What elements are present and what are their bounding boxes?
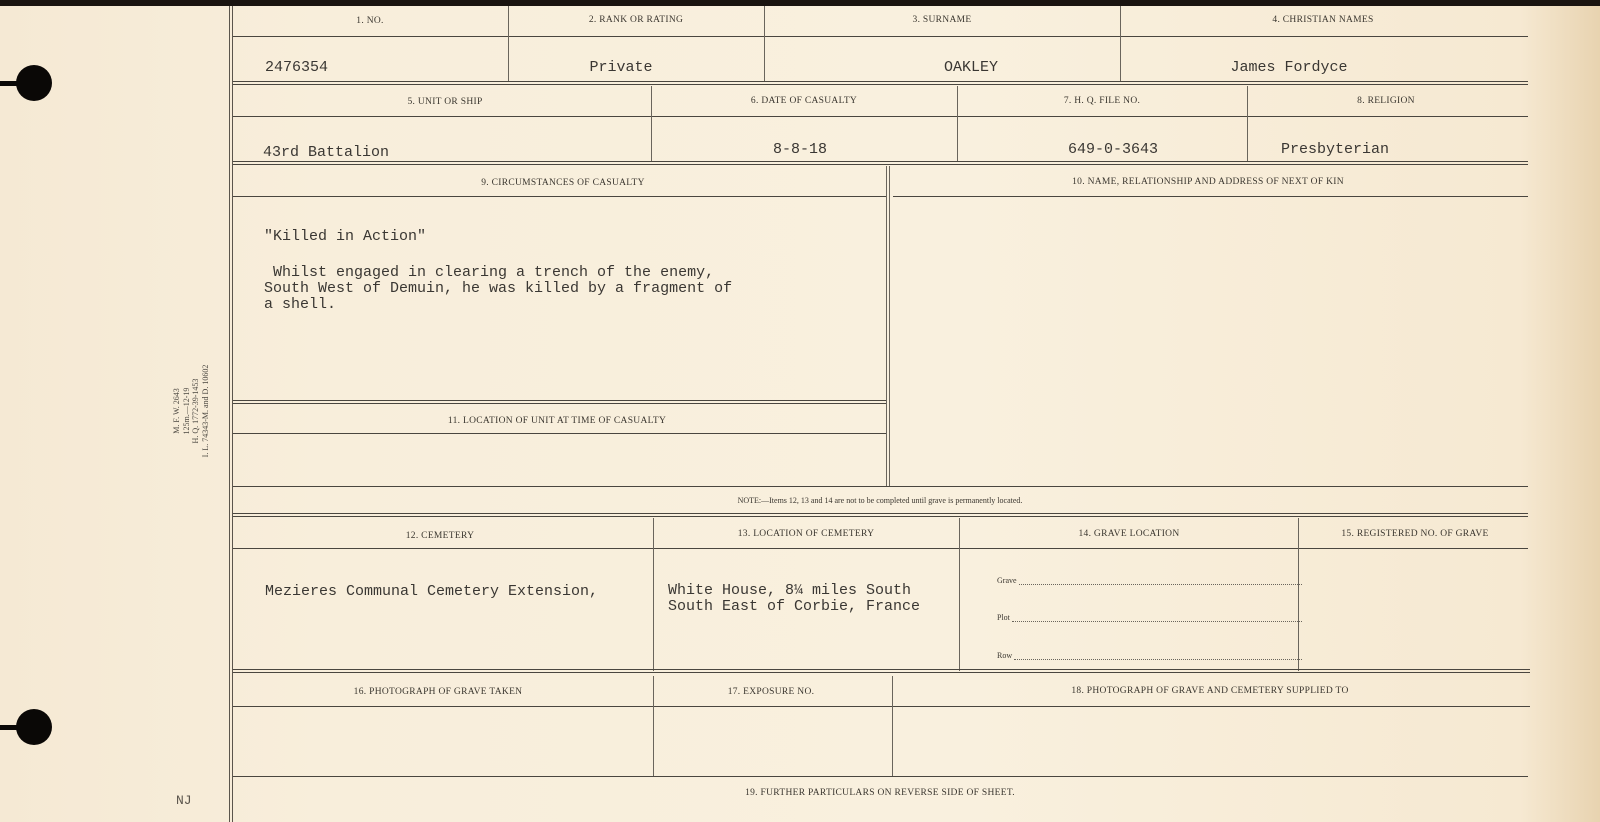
label-further-particulars: 19. FURTHER PARTICULARS ON REVERSE SIDE … [745, 788, 1015, 798]
value-date[interactable]: 8-8-18 [773, 141, 827, 158]
note-items-12-14: NOTE:—Items 12, 13 and 14 are not to be … [738, 496, 1023, 505]
label-circumstances: 9. CIRCUMSTANCES OF CASUALTY [481, 178, 645, 188]
value-unit[interactable]: 43rd Battalion [263, 144, 389, 161]
row-input-line[interactable] [1014, 652, 1302, 660]
printer-note-line: M. F. W. 2643 [172, 346, 182, 476]
label-photo-taken: 16. PHOTOGRAPH OF GRAVE TAKEN [354, 687, 523, 697]
grave-label: Grave [997, 576, 1017, 585]
printer-note-line: H. Q. 1772-39-1453 [191, 346, 201, 476]
value-rank[interactable]: Private [589, 59, 652, 76]
label-location-of-unit: 11. LOCATION OF UNIT AT TIME OF CASUALTY [448, 416, 666, 426]
printer-note: M. F. W. 2643 125m.—12-19 H. Q. 1772-39-… [172, 346, 210, 476]
divider [959, 518, 960, 671]
punch-hole-top [16, 65, 52, 101]
value-cemetery[interactable]: Mezieres Communal Cemetery Extension, [265, 583, 598, 600]
row-field[interactable]: Row [997, 651, 1302, 660]
label-photo-supplied-to: 18. PHOTOGRAPH OF GRAVE AND CEMETERY SUP… [1071, 686, 1348, 696]
label-christian-names: 4. CHRISTIAN NAMES [1272, 15, 1373, 25]
grave-input-line[interactable] [1019, 577, 1302, 585]
label-surname: 3. SURNAME [913, 15, 972, 25]
value-religion[interactable]: Presbyterian [1281, 141, 1389, 158]
label-cemetery: 12. CEMETERY [406, 531, 475, 541]
form-left-border [229, 6, 233, 822]
divider [892, 676, 893, 776]
divider [233, 548, 1528, 549]
circumstances-text[interactable]: Whilst engaged in clearing a trench of t… [264, 265, 732, 313]
value-location-of-cemetery[interactable]: White House, 8¼ miles South South East o… [668, 583, 920, 615]
label-grave-location: 14. GRAVE LOCATION [1078, 529, 1179, 539]
label-registered-no: 15. REGISTERED NO. OF GRAVE [1341, 529, 1488, 539]
divider [233, 81, 1528, 85]
label-religion: 8. RELIGION [1357, 96, 1415, 106]
divider [886, 166, 890, 486]
casualty-form-sheet: M. F. W. 2643 125m.—12-19 H. Q. 1772-39-… [0, 6, 1600, 822]
divider [653, 518, 654, 671]
divider [653, 676, 654, 776]
divider [1120, 6, 1121, 82]
printer-note-line: 125m.—12-19 [182, 346, 192, 476]
label-no: 1. NO. [356, 16, 383, 26]
divider [233, 36, 1528, 37]
divider [233, 116, 1528, 117]
divider [233, 486, 1528, 487]
divider [233, 706, 1530, 707]
value-christian-names[interactable]: James Fordyce [1230, 59, 1347, 76]
divider [233, 669, 1530, 673]
divider [233, 513, 1528, 517]
corner-initials: NJ [176, 793, 192, 808]
value-hq-file-no[interactable]: 649-0-3643 [1068, 141, 1158, 158]
label-unit: 5. UNIT OR SHIP [407, 97, 482, 107]
divider [1247, 86, 1248, 162]
label-location-of-cemetery: 13. LOCATION OF CEMETERY [738, 529, 875, 539]
divider [893, 196, 1528, 197]
circumstances-heading[interactable]: "Killed in Action" [264, 229, 426, 245]
divider [233, 433, 886, 434]
plot-field[interactable]: Plot [997, 613, 1302, 622]
label-exposure-no: 17. EXPOSURE NO. [728, 687, 815, 697]
divider [233, 196, 886, 197]
divider [1298, 518, 1299, 671]
label-next-of-kin: 10. NAME, RELATIONSHIP AND ADDRESS OF NE… [1072, 177, 1344, 187]
plot-label: Plot [997, 613, 1010, 622]
grave-field[interactable]: Grave [997, 576, 1302, 585]
label-hq-file-no: 7. H. Q. FILE NO. [1064, 96, 1140, 106]
row-label: Row [997, 651, 1012, 660]
value-surname[interactable]: OAKLEY [944, 59, 998, 76]
divider [764, 6, 765, 82]
divider [508, 6, 509, 82]
label-date: 6. DATE OF CASUALTY [751, 96, 857, 106]
divider [233, 776, 1528, 777]
divider [233, 400, 886, 404]
divider [651, 86, 652, 162]
divider [233, 161, 1528, 165]
plot-input-line[interactable] [1012, 614, 1302, 622]
divider [957, 86, 958, 162]
value-no[interactable]: 2476354 [265, 59, 328, 76]
punch-hole-bottom [16, 709, 52, 745]
label-rank: 2. RANK OR RATING [589, 15, 683, 25]
printer-note-line: I. L. 74343-M. and D. 10602 [201, 346, 211, 476]
